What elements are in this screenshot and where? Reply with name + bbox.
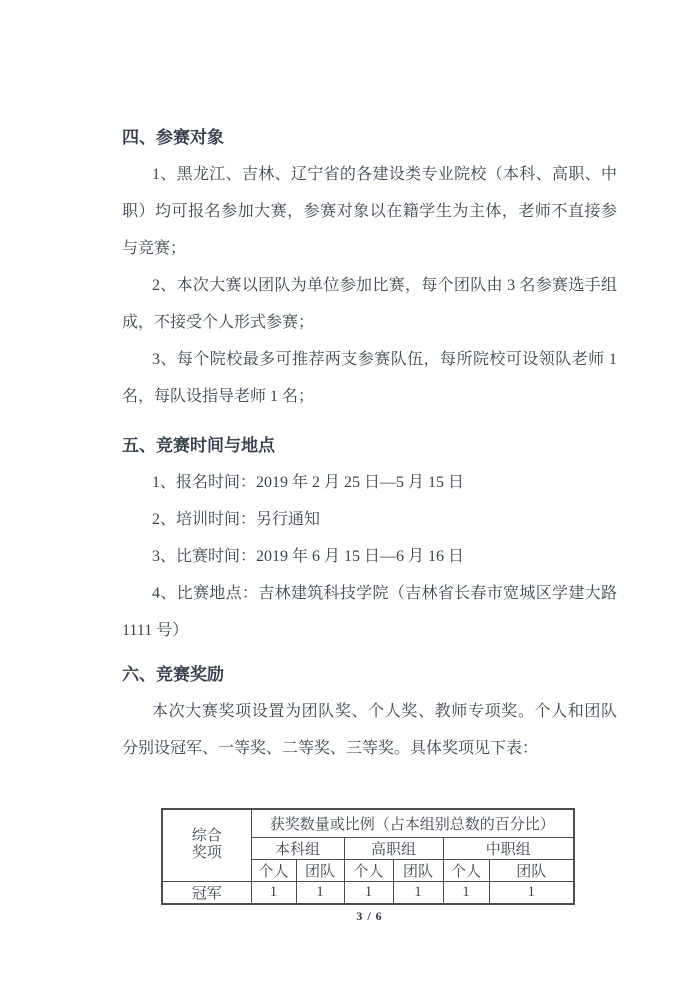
body-line: 1、报名时间：2019 年 2 月 25 日—5 月 15 日	[122, 464, 617, 501]
body-line: 分别设冠军、一等奖、二等奖、三等奖。具体奖项见下表：	[122, 730, 617, 767]
body-line: 成，不接受个人形式参赛；	[122, 304, 617, 341]
sub-header: 个人	[251, 859, 296, 881]
document-body: 四、参赛对象 1、黑龙江、吉林、辽宁省的各建设类专业院校（本科、高职、中 职）均…	[122, 119, 617, 905]
body-line: 1111 号）	[122, 612, 617, 649]
body-line: 1、黑龙江、吉林、辽宁省的各建设类专业院校（本科、高职、中	[122, 156, 617, 193]
group-header-gaozhi: 高职组	[344, 837, 443, 859]
sub-header: 个人	[344, 859, 393, 881]
document-page: 四、参赛对象 1、黑龙江、吉林、辽宁省的各建设类专业院校（本科、高职、中 职）均…	[0, 0, 700, 990]
body-line: 3、比赛时间：2019 年 6 月 15 日—6 月 16 日	[122, 538, 617, 575]
sub-header: 团队	[296, 859, 344, 881]
body-line: 职）均可报名参加大赛，参赛对象以在籍学生为主体，老师不直接参	[122, 193, 617, 230]
section-heading-5: 五、竞赛时间与地点	[122, 427, 617, 464]
award-value: 1	[251, 881, 296, 904]
table-row: 冠军 1 1 1 1 1 1	[162, 881, 574, 904]
award-value: 1	[344, 881, 393, 904]
row-label: 冠军	[162, 881, 251, 904]
body-line: 3、每个院校最多可推荐两支参赛队伍，每所院校可设领队老师 1	[122, 341, 617, 378]
section-heading-4: 四、参赛对象	[122, 119, 617, 156]
award-value: 1	[489, 881, 574, 904]
award-value: 1	[443, 881, 489, 904]
table-corner-label: 综合 奖项	[162, 809, 251, 881]
group-header-benke: 本科组	[251, 837, 344, 859]
section-heading-6: 六、竞赛奖励	[122, 656, 617, 693]
award-value: 1	[296, 881, 344, 904]
body-line: 2、培训时间：另行通知	[122, 501, 617, 538]
sub-header: 团队	[489, 859, 574, 881]
sub-header: 个人	[443, 859, 489, 881]
body-line: 名，每队设指导老师 1 名；	[122, 378, 617, 415]
page-number: 3 / 6	[122, 906, 617, 926]
award-value: 1	[393, 881, 443, 904]
group-header-zhongzhi: 中职组	[443, 837, 574, 859]
body-line: 本次大赛奖项设置为团队奖、个人奖、教师专项奖。个人和团队	[122, 693, 617, 730]
body-line: 与竞赛；	[122, 230, 617, 267]
table-corner-line1: 综合	[163, 828, 251, 845]
body-line: 4、比赛地点：吉林建筑科技学院（吉林省长春市宽城区学建大路	[122, 575, 617, 612]
awards-table: 综合 奖项 获奖数量或比例（占本组别总数的百分比） 本科组 高职组 中职组 个人…	[161, 808, 575, 905]
body-line: 2、本次大赛以团队为单位参加比赛，每个团队由 3 名参赛选手组	[122, 267, 617, 304]
table-corner-line2: 奖项	[163, 845, 251, 862]
sub-header: 团队	[393, 859, 443, 881]
table-span-header: 获奖数量或比例（占本组别总数的百分比）	[251, 809, 574, 837]
